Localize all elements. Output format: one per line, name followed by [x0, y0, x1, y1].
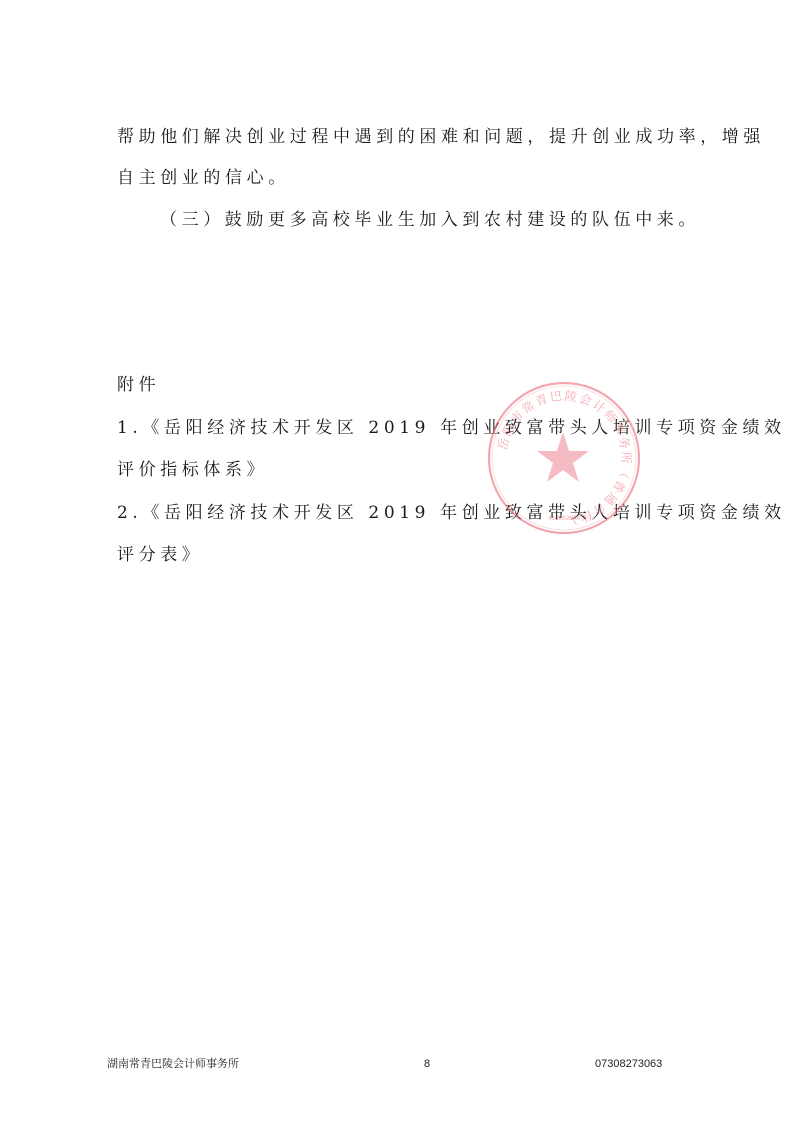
- attachments-heading: 附件: [117, 373, 160, 397]
- body-text-line: 自主创业的信心。: [117, 166, 290, 190]
- section-item-three: （三）鼓励更多高校毕业生加入到农村建设的队伍中来。: [160, 208, 700, 232]
- attachment-item-1-line2: 评价指标体系》: [117, 458, 268, 482]
- footer-phone-number: 07308273063: [595, 1056, 662, 1072]
- attachment-item-2-line1: 2.《岳阳经济技术开发区 2019 年创业致富带头人培训专项资金绩效: [117, 501, 786, 525]
- attachment-item-1-line1: 1.《岳阳经济技术开发区 2019 年创业致富带头人培训专项资金绩效: [117, 416, 786, 440]
- footer-page-number: 8: [424, 1056, 430, 1072]
- body-text-line: 帮助他们解决创业过程中遇到的困难和问题，提升创业成功率，增强: [117, 125, 765, 149]
- footer-company-name: 湖南常青巴陵会计师事务所: [107, 1056, 239, 1072]
- attachment-item-2-line2: 评分表》: [117, 543, 203, 567]
